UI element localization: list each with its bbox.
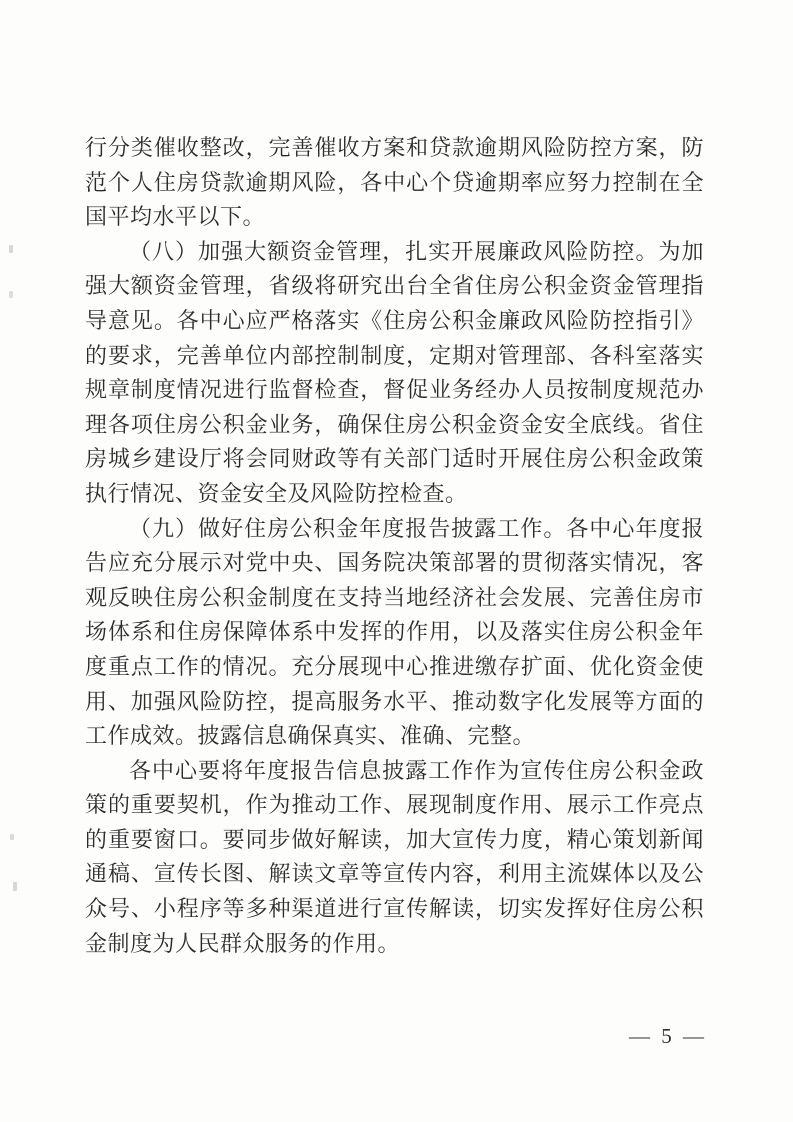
page-number: — 5 — — [618, 1024, 718, 1049]
paragraph-publicity: 各中心要将年度报告信息披露工作作为宣传住房公积金政策的重要契机，作为推动工作、展… — [85, 754, 704, 962]
scan-artifact — [650, 170, 653, 173]
paragraph-item-8: （八）加强大额资金管理，扎实开展廉政风险防控。为加强大额资金管理，省级将研究出台… — [85, 235, 704, 512]
scan-artifact — [13, 882, 17, 891]
scan-artifact — [10, 834, 14, 840]
document-body: 行分类催收整改，完善催收方案和贷款逾期风险防控方案，防范个人住房贷款逾期风险，各… — [85, 131, 704, 961]
paragraph-continuation: 行分类催收整改，完善催收方案和贷款逾期风险防控方案，防范个人住房贷款逾期风险，各… — [85, 131, 704, 235]
scan-artifact — [9, 291, 13, 298]
document-page: 行分类催收整改，完善催收方案和贷款逾期风险防控方案，防范个人住房贷款逾期风险，各… — [0, 0, 793, 1122]
scan-artifact — [9, 245, 13, 253]
paragraph-item-9: （九）做好住房公积金年度报告披露工作。各中心年度报告应充分展示对党中央、国务院决… — [85, 512, 704, 754]
